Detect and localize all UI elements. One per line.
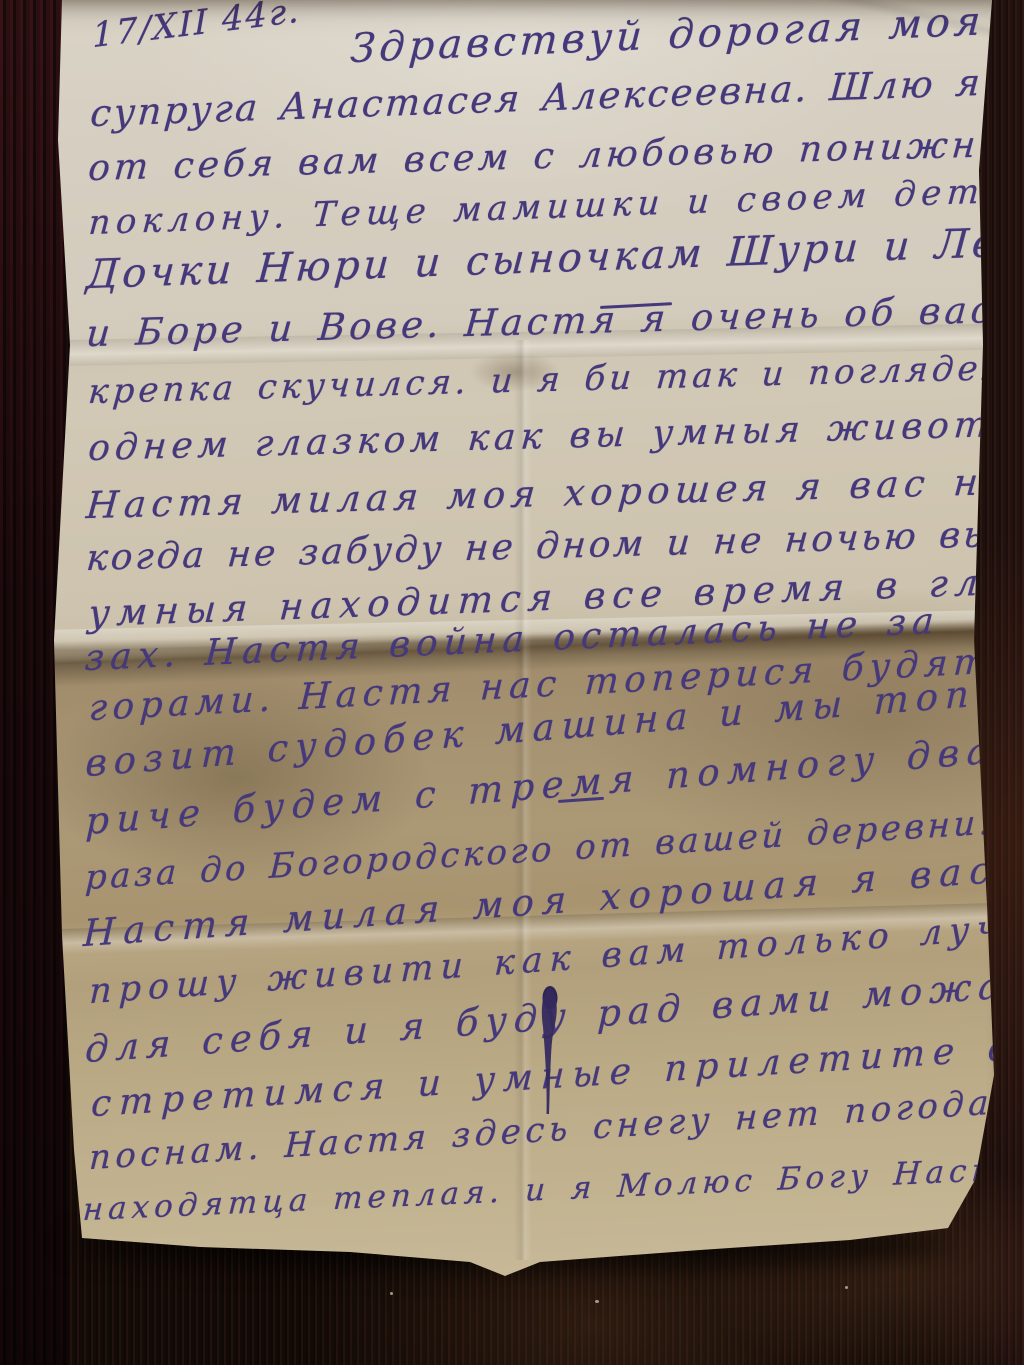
letter-line-1: Здравствуй дорогая моя [349,0,986,72]
letter-line-7: крепка скучился. и я би так и погляделбы [87,346,1024,412]
dust-speck [595,1300,599,1303]
ink-blot [536,986,564,1116]
letter-paper: 17/XII 44г. Здравствуй дорогая моясупруг… [0,0,1024,1365]
dust-speck [845,1286,848,1289]
letter-line-8: однем глазком как вы умныя животи [87,404,1023,470]
letter-line-6: и Боре и Вове. Настя я очень об вас [85,288,998,355]
photo-scene: 17/XII 44г. Здравствуй дорогая моясупруг… [0,0,1024,1365]
letter-date: 17/XII 44г. [92,0,301,56]
dust-speck [390,1292,393,1295]
letter-line-2: супруга Анастасея Алексеевна. Шлю я [89,61,984,135]
handwritten-text-layer: 17/XII 44г. Здравствуй дорогая моясупруг… [0,0,1024,1365]
